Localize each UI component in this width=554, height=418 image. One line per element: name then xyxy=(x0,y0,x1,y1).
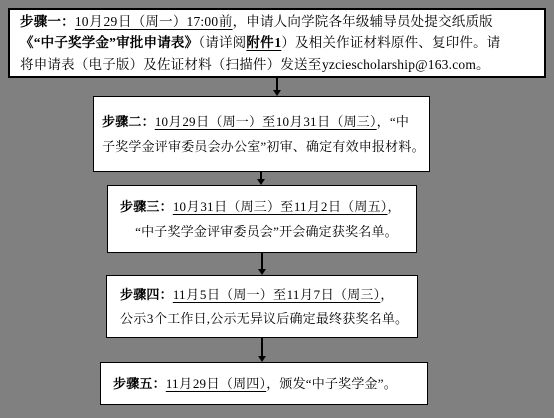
step-label: 步骤四： xyxy=(120,287,173,302)
text-segment: ， xyxy=(380,287,393,302)
text-segment: ，颁发“中子奖学金”。 xyxy=(266,376,397,391)
text-line: 步骤二：10 月 29 日（周一）至 10 月 31 日（周三），“中 xyxy=(102,109,426,134)
text-segment: 11 月 29 日（周四） xyxy=(166,376,266,391)
text-segment: ， xyxy=(387,199,400,214)
arrow-stem xyxy=(261,338,263,357)
text-segment: ，申请人向学院各年级辅导员处提交纸质版 xyxy=(233,14,493,29)
text-segment: 11 月 5 日（周一）至 11 月 7 日（周三） xyxy=(173,287,381,302)
text-line: “中子奖学金评审委员会”开会确定获奖名单。 xyxy=(120,219,413,244)
text-line: 《“中子奖学金”审批申请表》（请详阅附件 1）及相关作证材料原件、复印件。请 xyxy=(20,32,538,54)
text-segment: “中子奖学金评审委员会”开会确定获奖名单。 xyxy=(135,224,398,239)
step-1-box: 步骤一：10 月 29 日（周一）17:00 前，申请人向学院各年级辅导员处提交… xyxy=(8,8,546,78)
step-3-box: 步骤三：10 月 31 日（周三）至 11 月 2 日（周五），“中子奖学金评审… xyxy=(107,185,417,253)
text-segment: 《“中子奖学金”审批申请表》 xyxy=(20,35,198,50)
text-line: 步骤三：10 月 31 日（周三）至 11 月 2 日（周五）， xyxy=(120,194,413,219)
text-line: 步骤一：10 月 29 日（周一）17:00 前，申请人向学院各年级辅导员处提交… xyxy=(20,11,538,33)
text-line: 子奖学金评审委员会办公室”初审、确定有效申报材料。 xyxy=(102,134,426,159)
text-segment: 公示 3 个工作日,公示无异议后确定最终获奖名单。 xyxy=(120,311,408,326)
step-2-box: 步骤二：10 月 29 日（周一）至 10 月 31 日（周三），“中子奖学金评… xyxy=(93,96,430,172)
text-segment: 将申请表（电子版）及佐证材料（扫描件）发送至 yzciescholarship@… xyxy=(20,57,490,72)
text-segment: ，“中 xyxy=(377,114,409,129)
text-line: 步骤四：11 月 5 日（周一）至 11 月 7 日（周三）， xyxy=(120,283,414,307)
text-line: 将申请表（电子版）及佐证材料（扫描件）发送至 yzciescholarship@… xyxy=(20,54,538,76)
text-segment: 10 月 29 日（周一）17:00 前 xyxy=(75,14,233,29)
down-arrow-connector-1 xyxy=(272,78,282,96)
step-label: 步骤五： xyxy=(113,376,166,391)
text-segment: 附件 1 xyxy=(246,35,281,50)
step-label: 步骤一： xyxy=(20,14,75,29)
text-line: 步骤五：11 月 29 日（周四），颁发“中子奖学金”。 xyxy=(113,371,424,396)
step-label: 步骤二： xyxy=(102,114,155,129)
text-line: 公示 3 个工作日,公示无异议后确定最终获奖名单。 xyxy=(120,307,414,331)
arrow-stem xyxy=(261,253,263,270)
step-5-text: 步骤五：11 月 29 日（周四），颁发“中子奖学金”。 xyxy=(101,371,427,396)
down-arrow-connector-4 xyxy=(257,338,267,362)
down-arrow-connector-2 xyxy=(256,172,266,185)
down-arrow-connector-3 xyxy=(257,253,267,275)
text-segment: （请详阅 xyxy=(198,35,246,50)
text-segment: 10 月 29 日（周一）至 10 月 31 日（周三） xyxy=(155,114,377,129)
step-5-box: 步骤五：11 月 29 日（周四），颁发“中子奖学金”。 xyxy=(100,362,428,405)
text-segment: 子奖学金评审委员会办公室”初审、确定有效申报材料。 xyxy=(102,139,425,154)
step-2-text: 步骤二：10 月 29 日（周一）至 10 月 31 日（周三），“中子奖学金评… xyxy=(94,109,429,159)
step-label: 步骤三： xyxy=(120,199,173,214)
step-1-text: 步骤一：10 月 29 日（周一）17:00 前，申请人向学院各年级辅导员处提交… xyxy=(10,10,544,77)
flowchart-canvas: 步骤一：10 月 29 日（周一）17:00 前，申请人向学院各年级辅导员处提交… xyxy=(0,0,554,418)
text-segment: 10 月 31 日（周三）至 11 月 2 日（周五） xyxy=(173,199,388,214)
step-3-text: 步骤三：10 月 31 日（周三）至 11 月 2 日（周五），“中子奖学金评审… xyxy=(108,194,416,244)
step-4-box: 步骤四：11 月 5 日（周一）至 11 月 7 日（周三），公示 3 个工作日… xyxy=(106,275,418,338)
step-4-text: 步骤四：11 月 5 日（周一）至 11 月 7 日（周三），公示 3 个工作日… xyxy=(107,283,417,331)
text-segment: ）及相关作证材料原件、复印件。请 xyxy=(281,35,500,50)
